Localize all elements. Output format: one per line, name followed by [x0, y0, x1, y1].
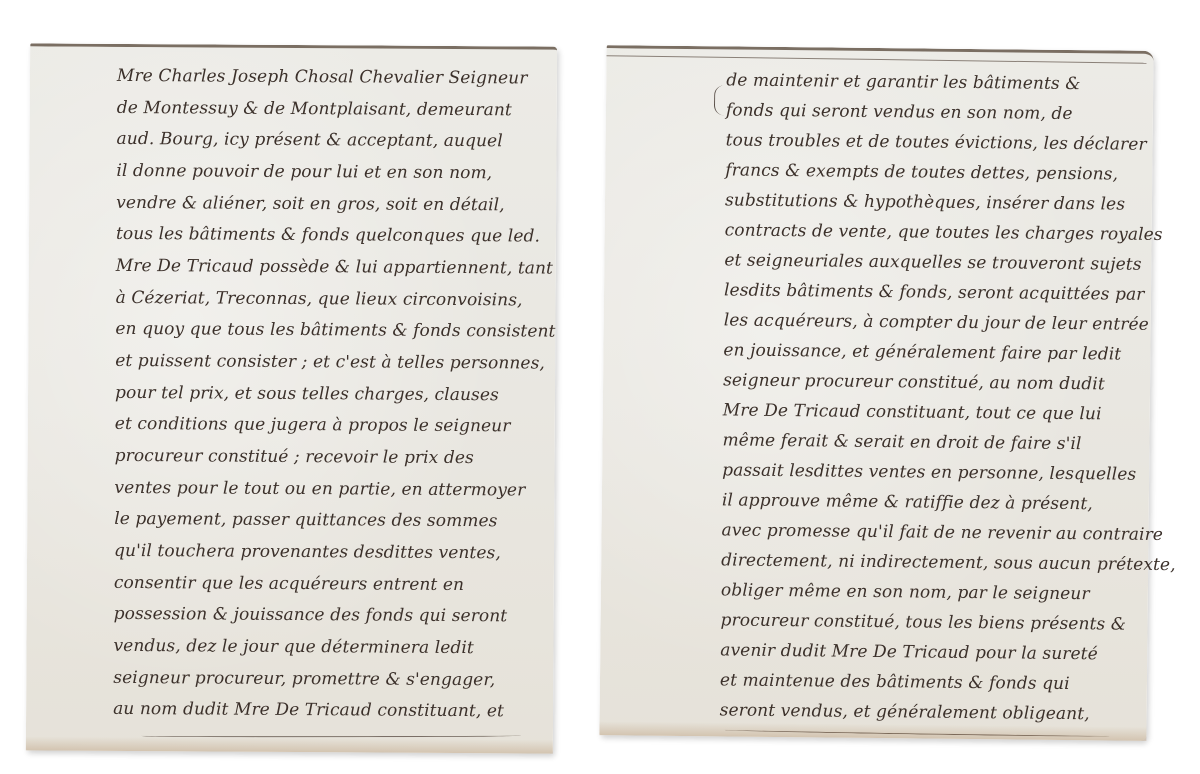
text-line: aud. Bourg, icy présent & acceptant, auq…: [117, 128, 547, 153]
text-line: le payement, passer quittances des somme…: [114, 508, 544, 533]
text-line: de Montessuy & de Montplaisant, demeuran…: [117, 97, 547, 122]
text-line: même ferait & serait en droit de faire s…: [722, 429, 1142, 455]
text-line: passait lesdittes ventes en personne, le…: [722, 459, 1142, 485]
text-line: procureur constitué ; recevoir le prix d…: [115, 445, 545, 470]
text-line: avenir dudit Mre De Tricaud pour la sure…: [720, 639, 1140, 665]
text-line: pour tel prix, et sous telles charges, c…: [115, 382, 545, 407]
text-line: au nom dudit Mre De Tricaud constituant,…: [113, 698, 543, 723]
text-line: de maintenir et garantir les bâtiments &: [726, 69, 1146, 95]
manuscript-page-right: de maintenir et garantir les bâtiments &…: [599, 45, 1153, 741]
text-line: Mre De Tricaud constituant, tout ce que …: [723, 399, 1143, 425]
text-line: tous les bâtiments & fonds quelconques q…: [116, 223, 546, 248]
text-line: à Cézeriat, Treconnas, que lieux circonv…: [116, 287, 546, 312]
text-line: francs & exempts de toutes dettes, pensi…: [725, 159, 1145, 185]
text-line: ventes pour le tout ou en partie, en att…: [114, 477, 544, 502]
text-line: lesdits bâtiments & fonds, seront acquit…: [724, 279, 1144, 305]
text-line: avec promesse qu'il fait de ne revenir a…: [721, 519, 1141, 545]
text-line: les acquéreurs, à compter du jour de leu…: [724, 309, 1144, 335]
text-line: vendus, dez le jour que déterminera ledi…: [113, 635, 543, 660]
page-left-text: Mre Charles Joseph Chosal Chevalier Seig…: [26, 46, 557, 753]
page-right-text: de maintenir et garantir les bâtiments &…: [599, 48, 1153, 741]
text-line: consentir que les acquéreurs entrent en: [114, 572, 544, 597]
text-line: qu'il touchera provenantes desdittes ven…: [114, 540, 544, 565]
text-line: il approuve même & ratiffie dez à présen…: [722, 489, 1142, 515]
text-line: et maintenue des bâtiments & fonds qui: [720, 669, 1140, 695]
text-line: en quoy que tous les bâtiments & fonds c…: [115, 318, 545, 343]
text-line: et puissent consister ; et c'est à telle…: [115, 350, 545, 375]
text-line: directement, ni indirectement, sous aucu…: [721, 549, 1141, 575]
text-line: possession & jouissance des fonds qui se…: [114, 603, 544, 628]
text-line: procureur constitué, tous les biens prés…: [720, 609, 1140, 635]
text-line: seigneur procureur constitué, au nom dud…: [723, 369, 1143, 395]
text-line: fonds qui seront vendus en son nom, de: [726, 99, 1146, 125]
text-line: contracts de vente, que toutes les charg…: [725, 219, 1145, 245]
text-line: Mre De Tricaud possède & lui appartienne…: [116, 255, 546, 280]
text-line: seigneur procureur, promettre & s'engage…: [113, 667, 543, 692]
text-line: seront vendus, et généralement obligeant…: [720, 699, 1140, 725]
text-line: en jouissance, et généralement faire par…: [723, 339, 1143, 365]
text-line: il donne pouvoir de pour lui et en son n…: [116, 160, 546, 185]
closing-flourish-line: [724, 728, 1109, 737]
text-line: obliger même en son nom, par le seigneur: [721, 579, 1141, 605]
text-line: et conditions que jugera à propos le sei…: [115, 413, 545, 438]
text-line: substitutions & hypothèques, insérer dan…: [725, 189, 1145, 215]
text-line: vendre & aliéner, soit en gros, soit en …: [116, 192, 546, 217]
text-line: tous troubles et de toutes évictions, le…: [726, 129, 1146, 155]
manuscript-page-left: Mre Charles Joseph Chosal Chevalier Seig…: [26, 43, 557, 753]
text-line: Mre Charles Joseph Chosal Chevalier Seig…: [117, 65, 547, 90]
text-line: et seigneuriales auxquelles se trouveron…: [724, 249, 1144, 275]
